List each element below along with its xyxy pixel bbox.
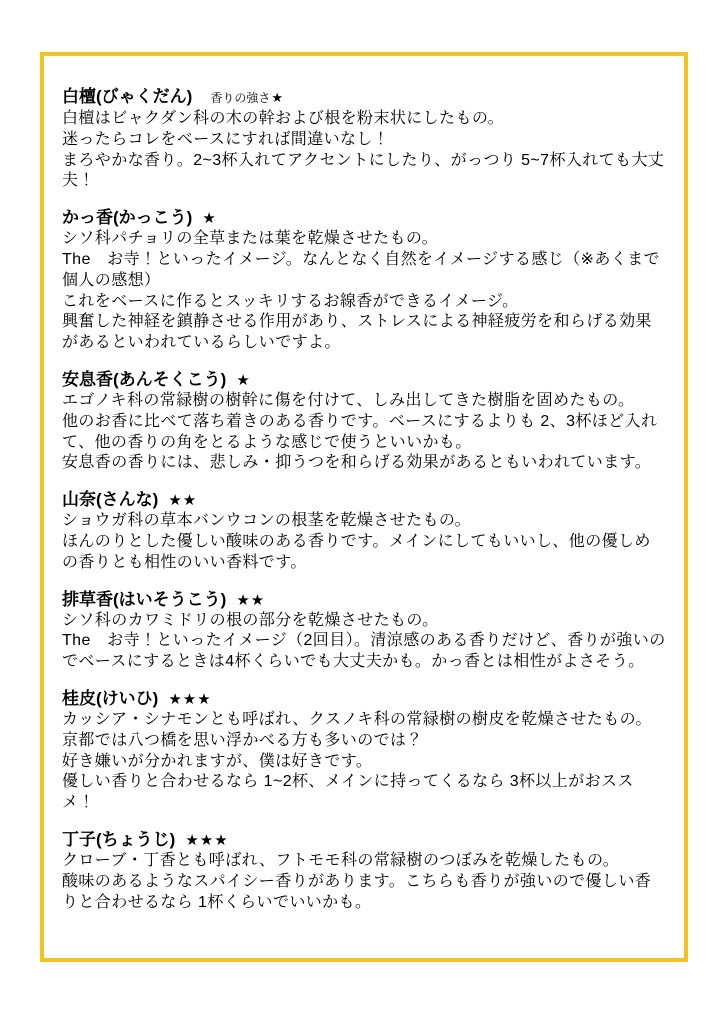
description-line: The お寺！といったイメージ（2回目）。清涼感のある香りだけど、香りが強いので… [62, 631, 666, 673]
incense-heading: 白檀(びゃくだん)香りの強さ★ [62, 86, 666, 109]
description-line: 酸味のあるようなスパイシー香りがあります。こちらも香りが強いので優しい香りと合わ… [62, 872, 666, 914]
incense-name: 安息香(あんそくこう) [62, 370, 226, 389]
incense-heading: 丁子(ちょうじ)★★★ [62, 829, 666, 851]
incense-section-byakudan: 白檀(びゃくだん)香りの強さ★ 白檀はビャクダン科の木の幹および根を粉末状にした… [62, 86, 666, 192]
incense-section-haisoko: 排草香(はいそうこう)★★ シソ科のカワミドリの根の部分を乾燥させたもの。 Th… [62, 589, 666, 673]
incense-name: 山奈(さんな) [62, 490, 158, 509]
description-line: 白檀はビャクダン科の木の幹および根を粉末状にしたもの。 [62, 109, 666, 130]
strength-stars: ★★★ [168, 691, 211, 708]
description-line: クローブ・丁香とも呼ばれ、フトモモ科の常緑樹のつぼみを乾燥したもの。 [62, 851, 666, 872]
incense-heading: 山奈(さんな)★★ [62, 489, 666, 511]
strength-label: 香りの強さ [210, 91, 270, 105]
description-line: 他のお香に比べて落ち着きのある香りです。ベースにするよりも 2、3杯ほど入れて、… [62, 412, 666, 454]
document-page: { "page": { "background_color": "#FFFFFF… [0, 0, 724, 1024]
description-line: 迷ったらコレをベースにすれば間違いなし！ [62, 130, 666, 151]
incense-name: 丁子(ちょうじ) [62, 830, 175, 849]
incense-name: 桂皮(けいひ) [62, 689, 158, 708]
description-line: シソ科パチョリの全草または葉を乾燥させたもの。 [62, 229, 666, 250]
description-line: カッシア・シナモンとも呼ばれ、クスノキ科の常緑樹の樹皮を乾燥させたもの。京都では… [62, 710, 666, 752]
yellow-border-content-box: 白檀(びゃくだん)香りの強さ★ 白檀はビャクダン科の木の幹および根を粉末状にした… [40, 52, 688, 962]
description-line: ほんのりとした優しい酸味のある香りです。メインにしてもいいし、他の優しめの香りと… [62, 532, 666, 574]
incense-section-ansokuko: 安息香(あんそくこう)★ エゴノキ科の常緑樹の樹幹に傷を付けて、しみ出してきた樹… [62, 369, 666, 474]
strength-stars: ★ [202, 210, 216, 227]
incense-name: かっ香(かっこう) [62, 208, 192, 227]
incense-section-choji: 丁子(ちょうじ)★★★ クローブ・丁香とも呼ばれ、フトモモ科の常緑樹のつぼみを乾… [62, 829, 666, 913]
description-line: The お寺！といったイメージ。なんとなく自然をイメージする感じ（※あくまで個人… [62, 250, 666, 292]
incense-heading: 安息香(あんそくこう)★ [62, 369, 666, 391]
description-line: まろやかな香り。2~3杯入れてアクセントにしたり、がっつり 5~7杯入れても大丈… [62, 151, 666, 193]
description-line: これをベースに作るとスッキリするお線香ができるイメージ。 [62, 292, 666, 313]
strength-stars: ★★ [236, 592, 265, 609]
description-line: シソ科のカワミドリの根の部分を乾燥させたもの。 [62, 611, 666, 632]
incense-name: 白檀(びゃくだん) [62, 87, 192, 106]
description-line: ショウガ科の草本バンウコンの根茎を乾燥させたもの。 [62, 511, 666, 532]
description-line: 興奮した神経を鎮静させる作用があり、ストレスによる神経疲労を和らげる効果があると… [62, 312, 666, 354]
strength-stars: ★ [236, 372, 250, 389]
incense-heading: かっ香(かっこう)★ [62, 207, 666, 229]
incense-name: 排草香(はいそうこう) [62, 590, 226, 609]
strength-stars: ★★ [168, 492, 197, 509]
incense-section-keihi: 桂皮(けいひ)★★★ カッシア・シナモンとも呼ばれ、クスノキ科の常緑樹の樹皮を乾… [62, 688, 666, 814]
incense-heading: 桂皮(けいひ)★★★ [62, 688, 666, 710]
strength-stars: ★★★ [185, 832, 228, 849]
incense-section-sanna: 山奈(さんな)★★ ショウガ科の草本バンウコンの根茎を乾燥させたもの。 ほんのり… [62, 489, 666, 573]
description-line: エゴノキ科の常緑樹の樹幹に傷を付けて、しみ出してきた樹脂を固めたもの。 [62, 391, 666, 412]
description-line: 好き嫌いが分かれますが、僕は好きです。 [62, 752, 666, 773]
incense-section-kakko: かっ香(かっこう)★ シソ科パチョリの全草または葉を乾燥させたもの。 The お… [62, 207, 666, 354]
strength-stars: ★ [271, 90, 283, 105]
incense-heading: 排草香(はいそうこう)★★ [62, 589, 666, 611]
description-line: 安息香の香りには、悲しみ・抑うつを和らげる効果があるともいわれています。 [62, 453, 666, 474]
description-line: 優しい香りと合わせるなら 1~2杯、メインに持ってくるなら 3杯以上がおススメ！ [62, 772, 666, 814]
